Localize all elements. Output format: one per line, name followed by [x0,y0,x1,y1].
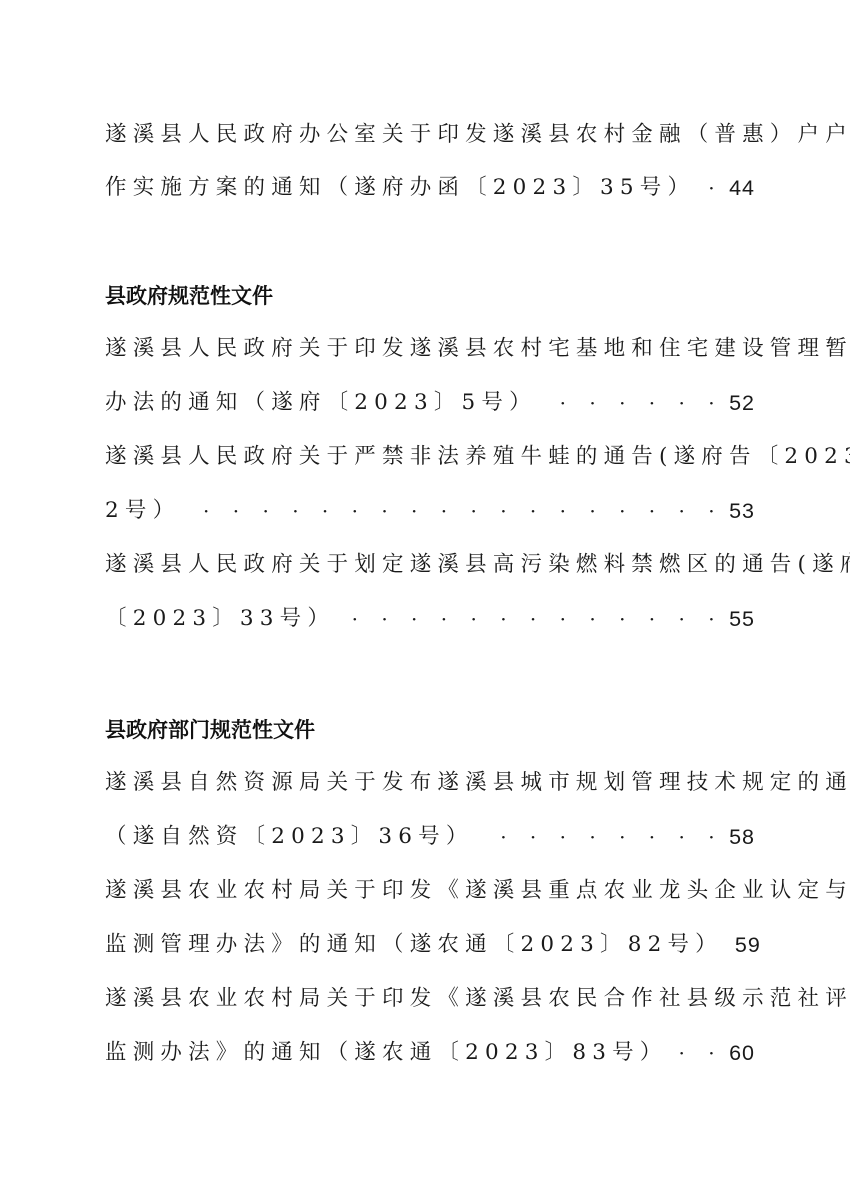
toc-entry-line: 作实施方案的通知（遂府办函〔2023〕35号） 44 [105,173,755,203]
dot-leader [480,822,724,852]
toc-entry-title: 监测管理办法》的通知（遂农通〔2023〕82号） [105,930,723,960]
toc-entry-line: 2号） 53 [105,496,755,526]
page-number: 53 [729,496,755,526]
toc-entry-line: 监测管理办法》的通知（遂农通〔2023〕82号） 59 [105,930,755,960]
dot-leader [701,173,723,203]
toc-entry-title: 2号） [105,496,180,526]
page-number: 59 [735,930,761,960]
toc-entry-title: 〔2023〕33号） [105,604,335,634]
section-heading: 县政府规范性文件 [105,281,273,311]
toc-entry-line: 遂溪县人民政府关于印发遂溪县农村宅基地和住宅建设管理暂行 [105,334,755,364]
toc-entry-title: 遂溪县自然资源局关于发布遂溪县城市规划管理技术规定的通知 [105,768,850,798]
section-heading: 县政府部门规范性文件 [105,715,315,745]
toc-entry-title: 遂溪县人民政府关于划定遂溪县高污染燃料禁燃区的通告(遂府告 [105,550,850,580]
toc-entry-title: 遂溪县人民政府关于严禁非法养殖牛蛙的通告(遂府告〔2023〕 [105,442,850,472]
toc-entry-title: （遂自然资〔2023〕36号） [105,822,474,852]
dot-leader [673,1038,723,1068]
toc-entry-title: 作实施方案的通知（遂府办函〔2023〕35号） [105,173,695,203]
page-number: 55 [729,604,755,634]
toc-page: 遂溪县人民政府办公室关于印发遂溪县农村金融（普惠）户户通工 作实施方案的通知（遂… [0,0,850,1201]
dot-leader [186,496,723,526]
toc-entry-title: 遂溪县农业农村局关于印发《遂溪县农民合作社县级示范社评定及 [105,984,850,1014]
page-number: 60 [729,1038,755,1068]
toc-entry-line: 办法的通知（遂府〔2023〕5号） 52 [105,388,755,418]
dot-leader [341,604,723,634]
toc-entry-title: 监测办法》的通知（遂农通〔2023〕83号） [105,1038,667,1068]
toc-entry-line: （遂自然资〔2023〕36号） 58 [105,822,755,852]
page-number: 58 [729,822,755,852]
toc-entry-line: 遂溪县人民政府关于划定遂溪县高污染燃料禁燃区的通告(遂府告 [105,550,755,580]
toc-entry-line: 遂溪县自然资源局关于发布遂溪县城市规划管理技术规定的通知 [105,768,755,798]
toc-entry-line: 遂溪县人民政府关于严禁非法养殖牛蛙的通告(遂府告〔2023〕 [105,442,755,472]
toc-entry-line: 遂溪县农业农村局关于印发《遂溪县重点农业龙头企业认定与运行 [105,876,755,906]
toc-entry-line: 〔2023〕33号） 55 [105,604,755,634]
toc-entry-title: 遂溪县人民政府办公室关于印发遂溪县农村金融（普惠）户户通工 [105,120,850,150]
page-number: 44 [729,173,755,203]
toc-entry-title: 遂溪县人民政府关于印发遂溪县农村宅基地和住宅建设管理暂行 [105,334,850,364]
toc-entry-title: 办法的通知（遂府〔2023〕5号） [105,388,537,418]
toc-entry-line: 监测办法》的通知（遂农通〔2023〕83号） 60 [105,1038,755,1068]
page-number: 52 [729,388,755,418]
toc-entry-line: 遂溪县农业农村局关于印发《遂溪县农民合作社县级示范社评定及 [105,984,755,1014]
toc-entry-line: 遂溪县人民政府办公室关于印发遂溪县农村金融（普惠）户户通工 [105,120,755,150]
toc-entry-title: 遂溪县农业农村局关于印发《遂溪县重点农业龙头企业认定与运行 [105,876,850,906]
dot-leader [543,388,723,418]
